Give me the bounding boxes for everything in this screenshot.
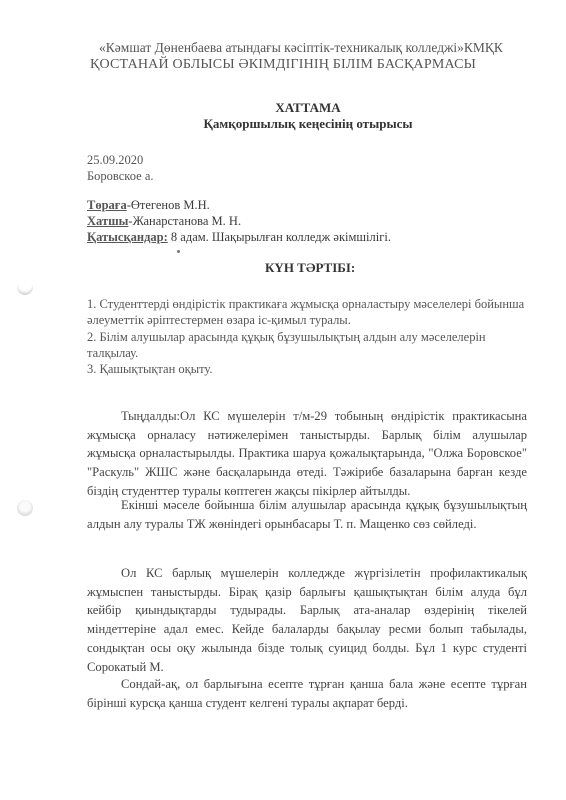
scan-speck — [177, 250, 180, 253]
body-paragraph: Сондай-ақ, ол барлығына есепте тұрған қа… — [87, 675, 527, 712]
body-paragraph: Ол КС барлық мүшелерін колледжде жүргізі… — [87, 564, 527, 676]
institution-name: «Кәмшат Дөненбаева атындағы кәсіптік-тех… — [18, 40, 566, 56]
secretary-value: -Жанарстанова М. Н. — [128, 214, 241, 228]
attendees-label: Қатысқандар: — [87, 230, 168, 244]
attendees-line: Қатысқандар: 8 адам. Шақырылған колледж … — [87, 229, 391, 245]
secretary-line: Хатшы-Жанарстанова М. Н. — [87, 213, 391, 229]
authority-name: ҚОСТАНАЙ ОБЛЫСЫ ӘКІМДІГІНІҢ БІЛІМ БАСҚАР… — [0, 57, 566, 73]
chair-label: Төрағa — [87, 198, 127, 212]
agenda-item: 3. Қашықтықтан оқыту. — [87, 361, 527, 377]
agenda-title: КҮН ТӘРТІБІ: — [265, 260, 355, 276]
document-place: Боровское а. — [87, 168, 154, 184]
agenda-list: 1. Студенттерді өндірістік практикаға жұ… — [87, 296, 527, 377]
chair-value: -Өтегенов М.Н. — [127, 198, 210, 212]
agenda-item: 2. Білім алушылар арасында құқық бұзушыл… — [87, 329, 527, 362]
document-page: «Кәмшат Дөненбаева атындағы кәсіптік-тех… — [0, 0, 566, 800]
punch-hole-mark — [17, 279, 33, 295]
body-paragraph: Екінші мәселе бойынша білім алушылар ара… — [87, 496, 527, 533]
punch-hole-mark — [17, 500, 33, 516]
body-paragraph: Тыңдалды:Ол КС мүшелерін т/м-29 тобының … — [87, 407, 527, 501]
document-title: ХАТТАМА — [25, 100, 566, 116]
document-subtitle: Қамқоршылық кеңесінің отырысы — [25, 116, 566, 132]
secretary-label: Хатшы — [87, 214, 128, 228]
agenda-item: 1. Студенттерді өндірістік практикаға жұ… — [87, 296, 527, 329]
chair-line: Төрағa-Өтегенов М.Н. — [87, 197, 391, 213]
participants-block: Төрағa-Өтегенов М.Н. Хатшы-Жанарстанова … — [87, 197, 391, 245]
attendees-value: 8 адам. Шақырылған колледж әкімшілігі. — [168, 230, 391, 244]
document-date: 25.09.2020 — [87, 152, 143, 168]
